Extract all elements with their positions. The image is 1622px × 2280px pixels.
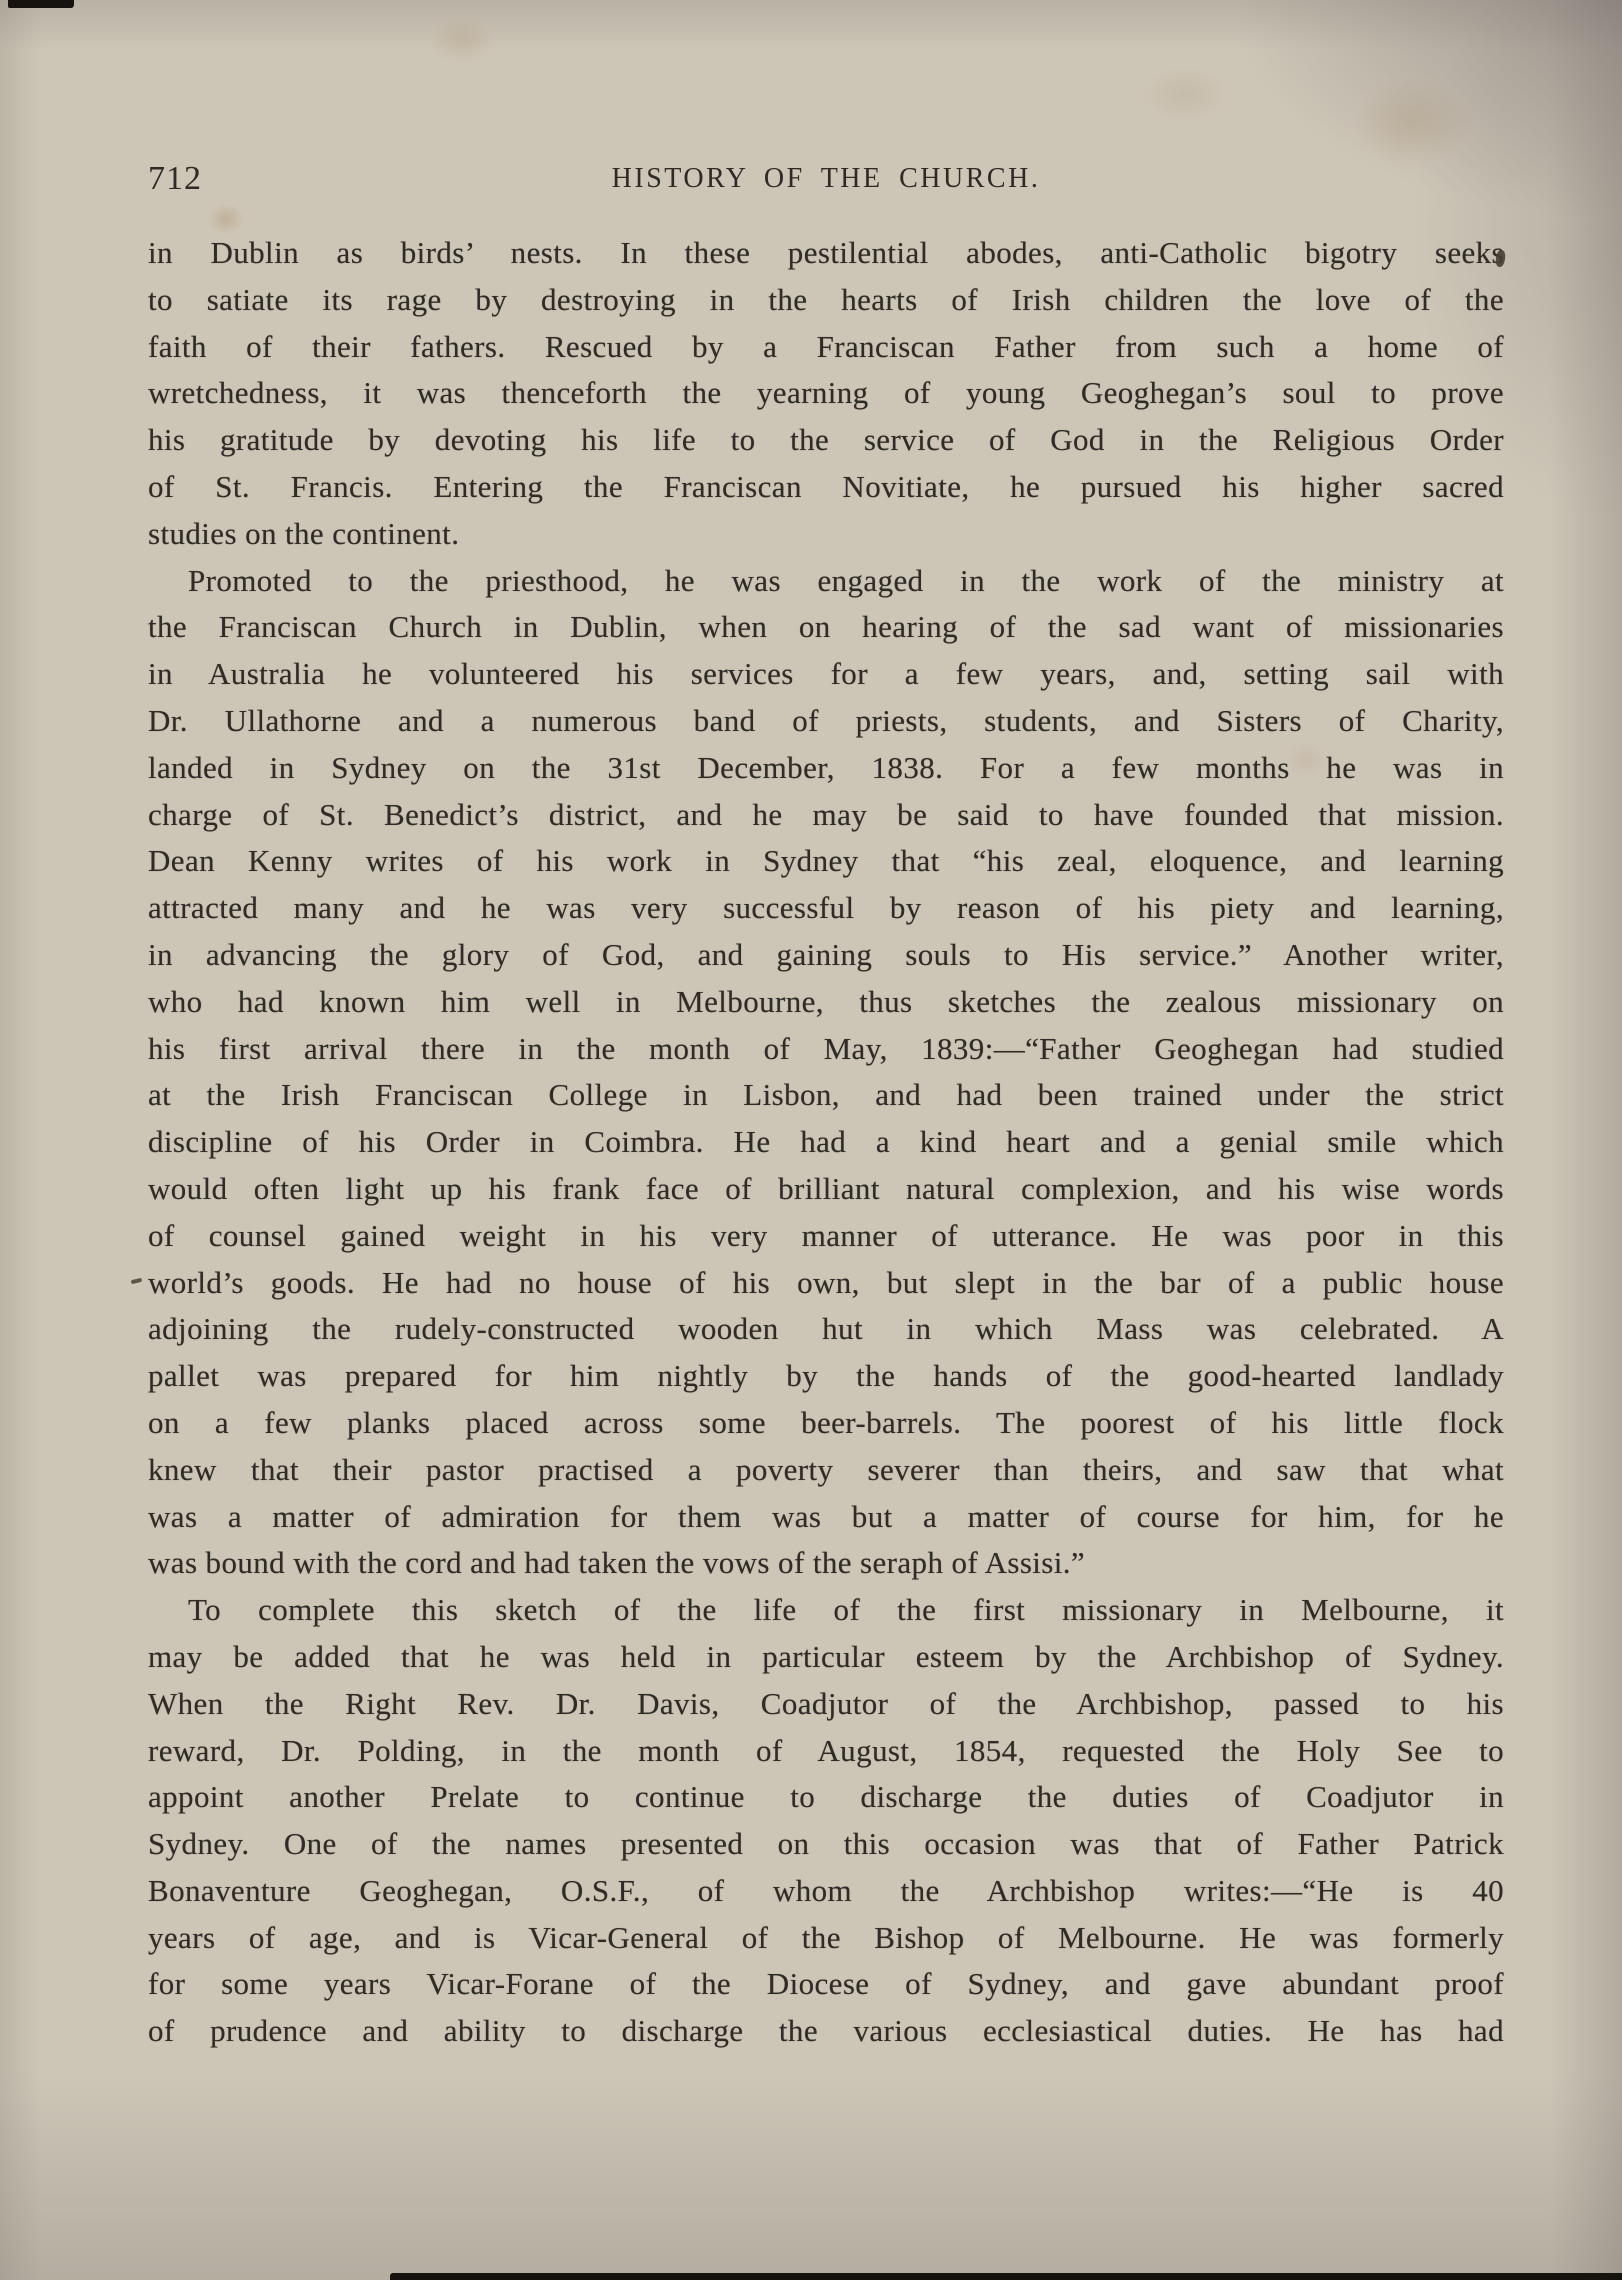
- text-line: in advancing the glory of God, and gaini…: [148, 932, 1504, 979]
- text-line: of prudence and ability to discharge the…: [148, 2008, 1504, 2055]
- ink-mark: [1495, 249, 1506, 267]
- text-line: attracted many and he was very successfu…: [148, 885, 1504, 932]
- text-line: studies on the continent.: [148, 511, 1504, 558]
- text-line: reward, Dr. Polding, in the month of Aug…: [148, 1728, 1504, 1775]
- text-line: Dr. Ullathorne and a numerous band of pr…: [148, 698, 1504, 745]
- text-line: charge of St. Benedict’s district, and h…: [148, 792, 1504, 839]
- text-line: Sydney. One of the names presented on th…: [148, 1821, 1504, 1868]
- text-line: To complete this sketch of the life of t…: [148, 1587, 1504, 1634]
- scan-edge-artifact-bottom: [390, 2273, 1622, 2280]
- text-line: pallet was prepared for him nightly by t…: [148, 1353, 1504, 1400]
- text-line: wretchedness, it was thenceforth the yea…: [148, 370, 1504, 417]
- text-line: his first arrival there in the month of …: [148, 1026, 1504, 1073]
- text-line: Dean Kenny writes of his work in Sydney …: [148, 838, 1504, 885]
- text-line: was a matter of admiration for them was …: [148, 1494, 1504, 1541]
- text-line: on a few planks placed across some beer-…: [148, 1400, 1504, 1447]
- text-line: world’s goods. He had no house of his ow…: [148, 1260, 1504, 1307]
- text-line: for some years Vicar-Forane of the Dioce…: [148, 1961, 1504, 2008]
- text-line: to satiate its rage by destroying in the…: [148, 277, 1504, 324]
- text-line: his gratitude by devoting his life to th…: [148, 417, 1504, 464]
- text-block: in Dublin as birds’ nests. In these pest…: [148, 230, 1504, 2055]
- text-line: adjoining the rudely-constructed wooden …: [148, 1306, 1504, 1353]
- book-page: 712 HISTORY OF THE CHURCH. in Dublin as …: [0, 0, 1622, 2280]
- text-line: in Australia he volunteered his services…: [148, 651, 1504, 698]
- text-line: discipline of his Order in Coimbra. He h…: [148, 1119, 1504, 1166]
- text-line: was bound with the cord and had taken th…: [148, 1540, 1504, 1587]
- text-line: knew that their pastor practised a pover…: [148, 1447, 1504, 1494]
- running-title: HISTORY OF THE CHURCH.: [148, 162, 1504, 196]
- text-line: Bonaventure Geoghegan, O.S.F., of whom t…: [148, 1868, 1504, 1915]
- text-line: the Franciscan Church in Dublin, when on…: [148, 604, 1504, 651]
- text-line: who had known him well in Melbourne, thu…: [148, 979, 1504, 1026]
- text-line: may be added that he was held in particu…: [148, 1634, 1504, 1681]
- text-line: would often light up his frank face of b…: [148, 1166, 1504, 1213]
- scan-edge-artifact-top: [8, 0, 74, 8]
- text-line: in Dublin as birds’ nests. In these pest…: [148, 230, 1504, 277]
- text-line: appoint another Prelate to continue to d…: [148, 1774, 1504, 1821]
- margin-mark: [131, 1278, 143, 1285]
- text-line: at the Irish Franciscan College in Lisbo…: [148, 1072, 1504, 1119]
- text-line: landed in Sydney on the 31st December, 1…: [148, 745, 1504, 792]
- text-line: Promoted to the priesthood, he was engag…: [148, 558, 1504, 605]
- text-line: When the Right Rev. Dr. Davis, Coadjutor…: [148, 1681, 1504, 1728]
- text-line: years of age, and is Vicar-General of th…: [148, 1915, 1504, 1962]
- text-line: faith of their fathers. Rescued by a Fra…: [148, 324, 1504, 371]
- text-line: of counsel gained weight in his very man…: [148, 1213, 1504, 1260]
- text-line: of St. Francis. Entering the Franciscan …: [148, 464, 1504, 511]
